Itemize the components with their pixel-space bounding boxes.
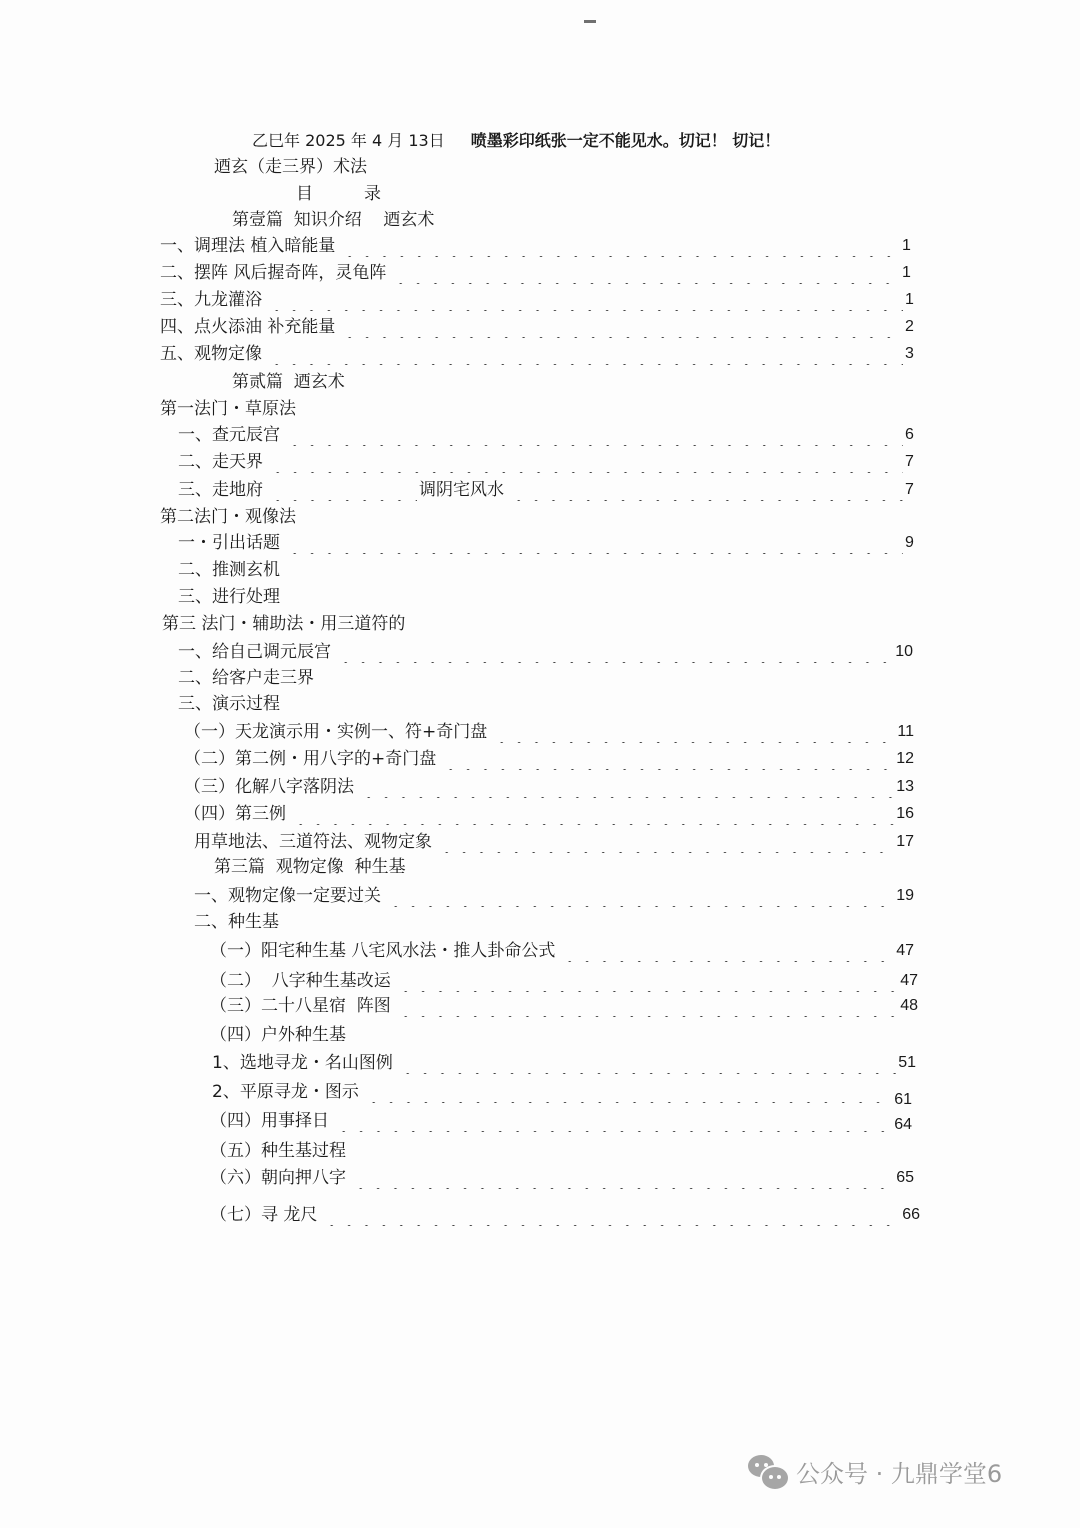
toc-page: 10 [895, 641, 913, 663]
toc-entry[interactable]: 一・引出话题9 [178, 532, 915, 554]
toc-page: 3 [905, 343, 915, 365]
toc-entry[interactable]: 用草地法、三道符法、观物定象17 [194, 831, 914, 853]
scan-mark [584, 20, 596, 23]
toc-entry[interactable]: 五、观物定像3 [160, 343, 915, 365]
toc-page: 1 [902, 262, 912, 284]
toc-page: 12 [896, 748, 914, 770]
part2-title: 第贰篇 迺玄术 [232, 371, 345, 393]
leader-dots [288, 803, 894, 825]
toc-label: 一、给自己调元辰宫 [178, 641, 331, 663]
toc-page: 61 [894, 1089, 912, 1111]
method1-title: 第一法门・草原法 [160, 398, 296, 420]
header-line: 乙巳年 2025 年 4 月 13日喷墨彩印纸张一定不能见水。切记！ 切记！ [252, 130, 780, 152]
leader-dots [434, 831, 894, 853]
toc-entry[interactable]: （二）第二例・用八字的+奇门盘12 [184, 748, 914, 770]
leader-dots [489, 721, 895, 743]
toc-label: 四、点火添油 补充能量 [160, 316, 335, 338]
leader-dots [331, 1110, 892, 1132]
toc-sublabel: 调阴宅风水 [419, 479, 504, 501]
header-date: 乙巳年 2025 年 4 月 13日 [252, 131, 445, 150]
toc-label: （七）寻 龙尺 [210, 1204, 317, 1226]
toc-entry[interactable]: 一、观物定像一定要过关19 [194, 885, 914, 907]
toc-entry[interactable]: 一、给自己调元辰宫10 [178, 641, 913, 663]
toc-label: 三、走地府 [178, 479, 263, 501]
toc-page: 7 [905, 479, 915, 501]
toc-label: 一、查元辰宫 [178, 424, 280, 446]
toc-entry[interactable]: 三、走地府调阴宅风水7 [178, 479, 915, 501]
leader-dots [282, 424, 903, 446]
leader-dots [506, 479, 903, 501]
toc-page: 66 [902, 1204, 920, 1226]
toc-page: 9 [905, 532, 915, 554]
toc-label: 用草地法、三道符法、观物定象 [194, 831, 432, 853]
toc-entry[interactable]: （二） 八字种生基改运47 [210, 970, 918, 992]
toc-page: 17 [896, 831, 914, 853]
toc-entry-label[interactable]: 二、给客户走三界 [178, 667, 314, 689]
toc-page: 6 [905, 424, 915, 446]
part3-title: 第三篇 观物定像 种生基 [214, 856, 406, 878]
leader-dots [265, 479, 417, 501]
toc-entry-label[interactable]: 三、进行处理 [178, 586, 280, 608]
toc-entry[interactable]: （四）用事择日64 [210, 1110, 912, 1132]
leader-dots [388, 262, 900, 284]
toc-page: 48 [900, 995, 918, 1017]
toc-entry-label[interactable]: （四）户外种生基 [210, 1024, 346, 1046]
toc-entry[interactable]: （七）寻 龙尺66 [210, 1204, 920, 1226]
toc-entry[interactable]: 一、查元辰宫6 [178, 424, 915, 446]
leader-dots [393, 995, 898, 1017]
toc-page: 47 [896, 940, 914, 962]
toc-entry[interactable]: （一）阳宅种生基 八宅风水法・推人卦命公式47 [210, 940, 914, 962]
toc-entry-label[interactable]: （五）种生基过程 [210, 1140, 346, 1162]
toc-label: 一、调理法 植入暗能量 [160, 235, 335, 257]
toc-page: 16 [896, 803, 914, 825]
leader-dots [438, 748, 894, 770]
leader-dots [319, 1204, 900, 1226]
leader-dots [282, 532, 903, 554]
leader-dots [356, 776, 894, 798]
toc-entry[interactable]: 1、选地寻龙・名山图例51 [212, 1052, 916, 1074]
toc-label: （二）第二例・用八字的+奇门盘 [184, 748, 436, 770]
leader-dots [348, 1167, 894, 1189]
toc-page: 13 [896, 776, 914, 798]
toc-page: 51 [898, 1052, 916, 1074]
toc-entry[interactable]: 三、九龙灌浴1 [160, 289, 915, 311]
toc-label: （一）天龙演示用・实例一、符+奇门盘 [184, 721, 487, 743]
toc-page: 11 [897, 721, 914, 743]
toc-entry[interactable]: （四）第三例16 [184, 803, 914, 825]
method2-title: 第二法门・观像法 [160, 506, 296, 528]
toc-label: 三、九龙灌浴 [160, 289, 262, 311]
wechat-icon [748, 1455, 788, 1489]
toc-entry[interactable]: （三）化解八字落阴法13 [184, 776, 914, 798]
toc-label: 二、摆阵 风后握奇阵，灵龟阵 [160, 262, 386, 284]
toc-label: 二、走天界 [178, 451, 263, 473]
toc-title: 目 录 [296, 183, 381, 205]
toc-entry[interactable]: （六）朝向押八字65 [210, 1167, 914, 1189]
doc-title: 迺玄（走三界）术法 [214, 156, 367, 178]
toc-entry[interactable]: 一、调理法 植入暗能量1 [160, 235, 912, 257]
toc-page: 7 [905, 451, 915, 473]
toc-label: （四）第三例 [184, 803, 286, 825]
toc-label: （二） 八字种生基改运 [210, 970, 391, 992]
method3-title: 第三 法门・辅助法・用三道符的 [162, 613, 405, 635]
leader-dots [264, 289, 903, 311]
toc-entry[interactable]: 四、点火添油 补充能量2 [160, 316, 915, 338]
toc-page: 64 [894, 1114, 912, 1136]
leader-dots [361, 1081, 892, 1103]
toc-page: 47 [900, 970, 918, 992]
leader-dots [333, 641, 893, 663]
toc-label: （四）用事择日 [210, 1110, 329, 1132]
toc-label: 2、平原寻龙・图示 [212, 1081, 359, 1103]
toc-label: 1、选地寻龙・名山图例 [212, 1052, 393, 1074]
toc-entry[interactable]: 二、摆阵 风后握奇阵，灵龟阵1 [160, 262, 912, 284]
part1-title: 第壹篇 知识介绍 迺玄术 [232, 209, 434, 231]
toc-label: （三）化解八字落阴法 [184, 776, 354, 798]
toc-label: 五、观物定像 [160, 343, 262, 365]
toc-label: 一、观物定像一定要过关 [194, 885, 381, 907]
leader-dots [337, 235, 900, 257]
toc-page: 1 [905, 289, 915, 311]
leader-dots [337, 316, 903, 338]
leader-dots [395, 1052, 896, 1074]
header-note: 喷墨彩印纸张一定不能见水。切记！ 切记！ [471, 131, 781, 150]
toc-label: 一・引出话题 [178, 532, 280, 554]
toc-page: 2 [905, 316, 915, 338]
toc-page: 1 [902, 235, 912, 257]
leader-dots [393, 970, 898, 992]
leader-dots [383, 885, 894, 907]
toc-label: （三）二十八星宿 阵图 [210, 995, 391, 1017]
toc-entry-label[interactable]: 三、演示过程 [178, 693, 280, 715]
toc-label: （六）朝向押八字 [210, 1167, 346, 1189]
leader-dots [265, 451, 903, 473]
source-watermark: 公众号 · 九鼎学堂6 [748, 1454, 1002, 1489]
toc-entry-label[interactable]: 二、种生基 [194, 911, 279, 933]
toc-page: 19 [896, 885, 914, 907]
leader-dots [264, 343, 903, 365]
toc-entry[interactable]: （一）天龙演示用・实例一、符+奇门盘11 [184, 721, 914, 743]
source-label: 公众号 · 九鼎学堂6 [796, 1454, 1002, 1489]
toc-entry[interactable]: 二、走天界7 [178, 451, 915, 473]
toc-entry-label[interactable]: 二、推测玄机 [178, 559, 280, 581]
leader-dots [557, 940, 894, 962]
toc-page: 65 [896, 1167, 914, 1189]
toc-entry[interactable]: （三）二十八星宿 阵图48 [210, 995, 918, 1017]
document-page: 乙巳年 2025 年 4 月 13日喷墨彩印纸张一定不能见水。切记！ 切记！ 迺… [0, 0, 1080, 1528]
toc-label: （一）阳宅种生基 八宅风水法・推人卦命公式 [210, 940, 555, 962]
toc-entry[interactable]: 2、平原寻龙・图示61 [212, 1081, 912, 1103]
